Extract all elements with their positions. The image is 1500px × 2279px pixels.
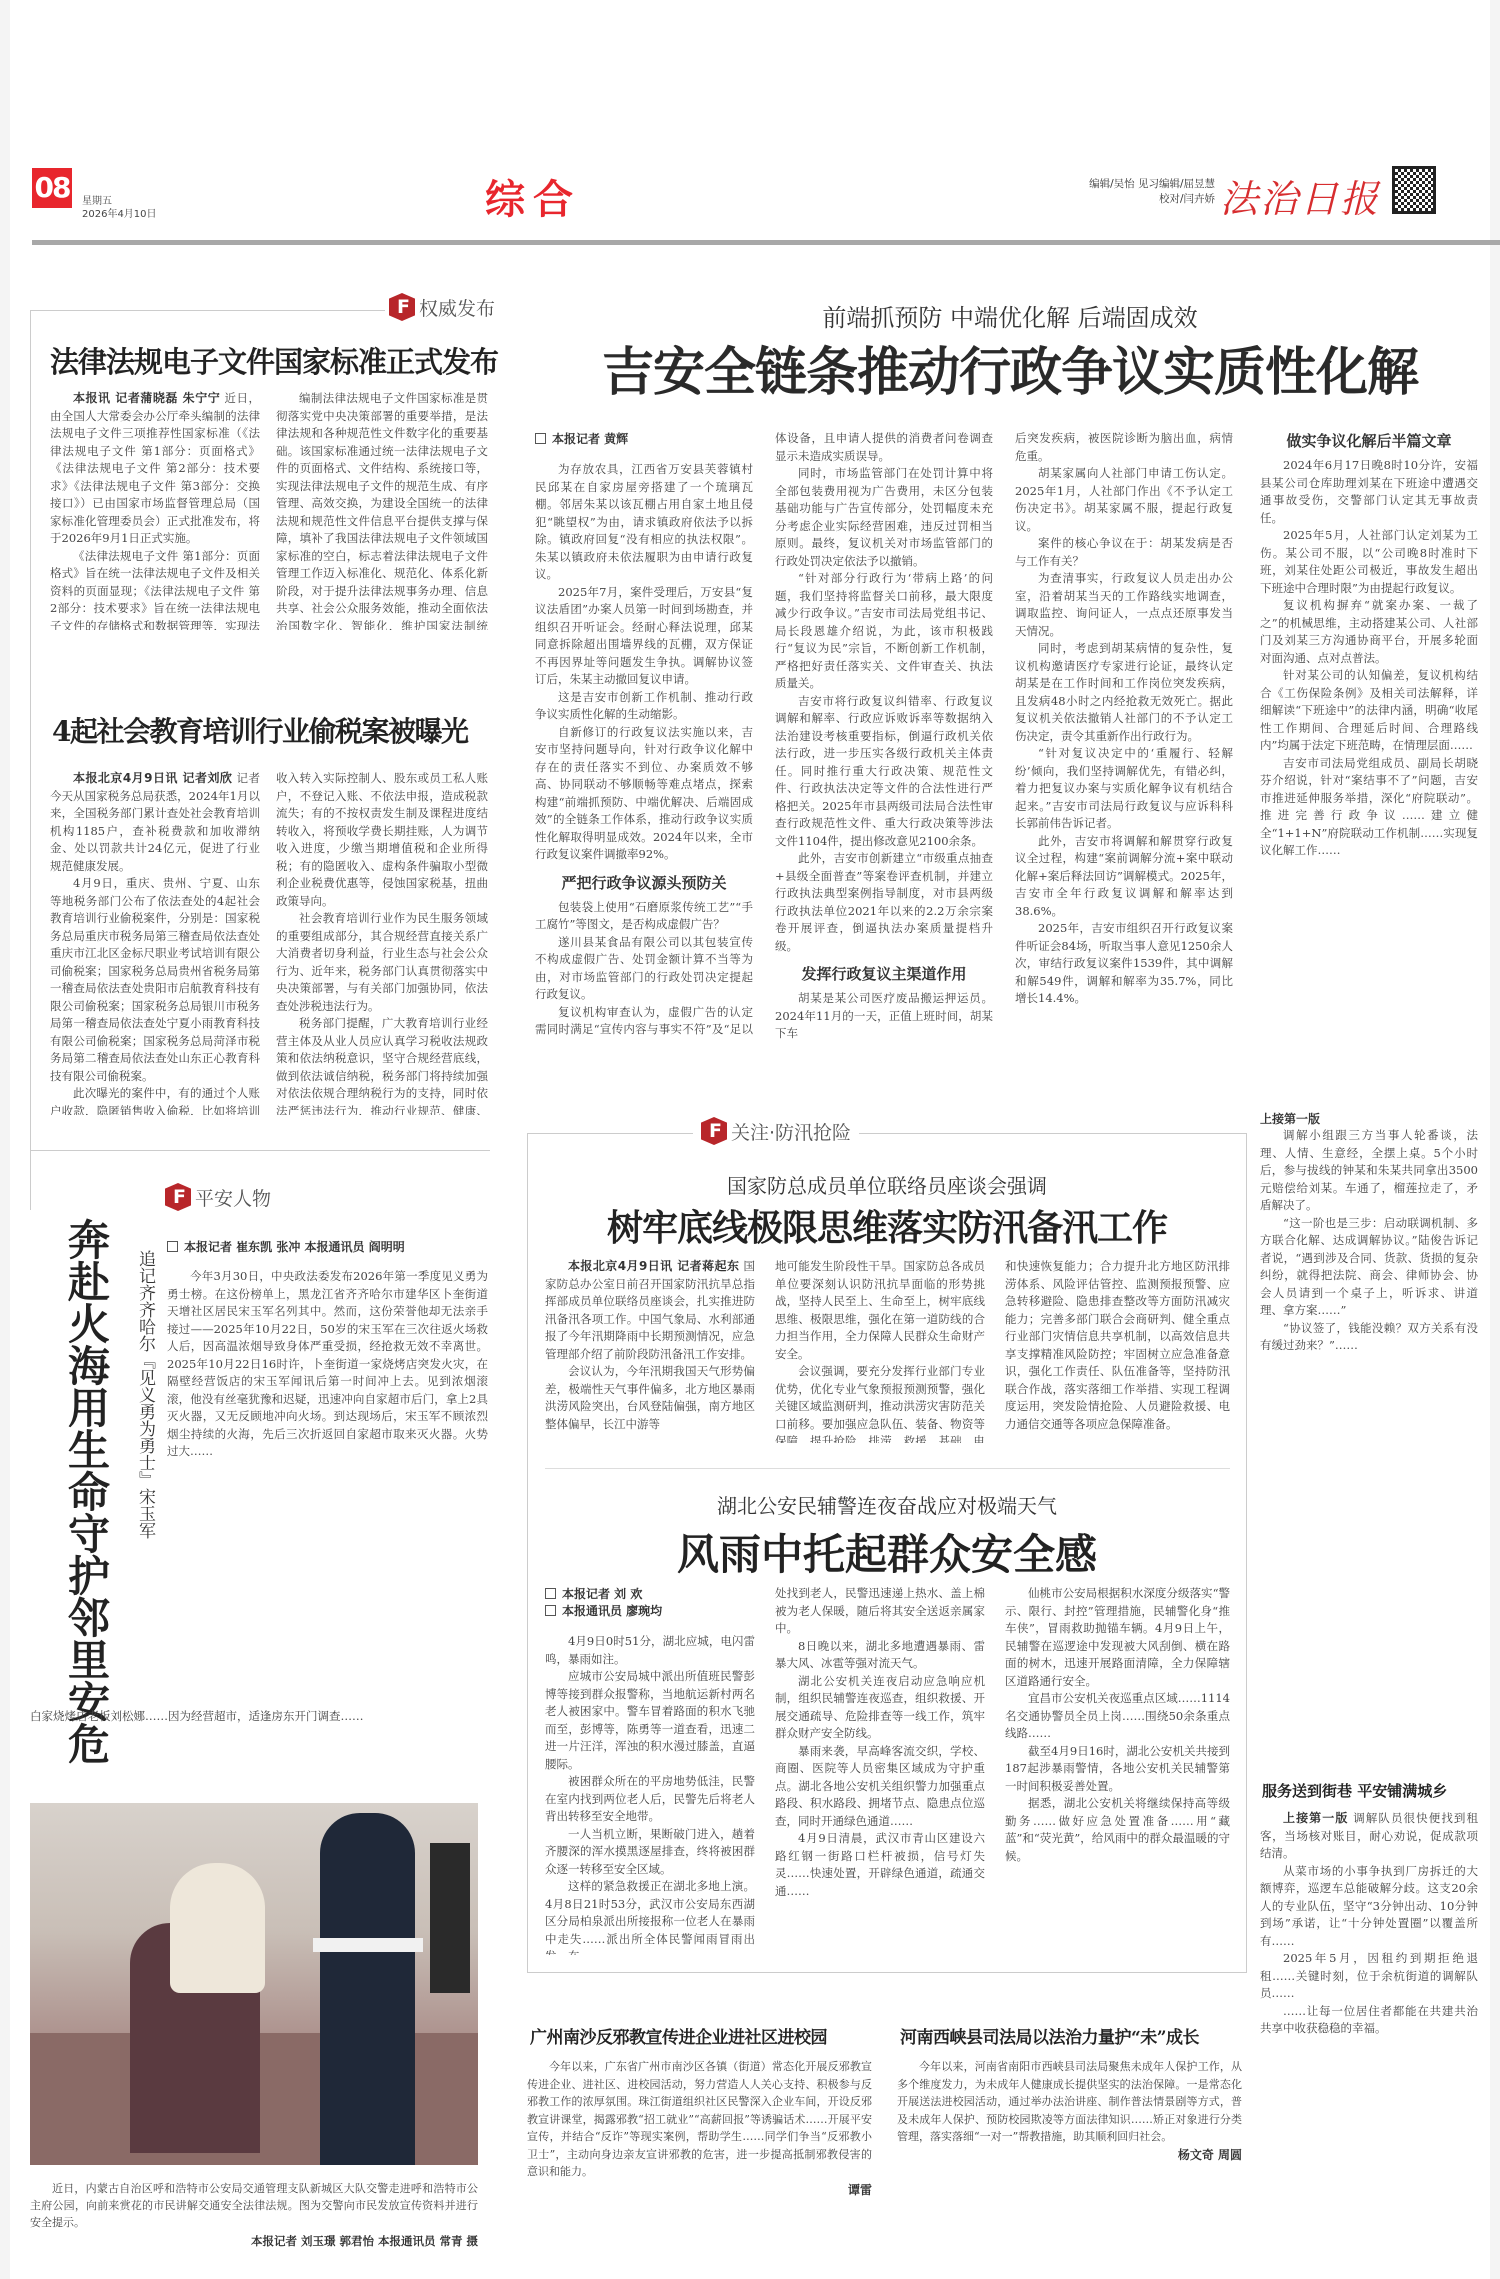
section-kicker-safety-person: 平安人物 bbox=[165, 1183, 271, 1211]
byline-box-icon bbox=[545, 1605, 556, 1616]
header-rule bbox=[32, 240, 1500, 245]
hubei-byline-reporter: 本报记者 刘 欢 bbox=[545, 1585, 755, 1602]
f-logo-icon bbox=[165, 1183, 191, 1211]
section-title: 综合 bbox=[485, 168, 581, 225]
article3-title-vertical: 奔赴火海用生命守护邻里安危 bbox=[62, 1218, 112, 1764]
page-number-badge: 08 bbox=[32, 168, 72, 208]
byline-box-icon bbox=[167, 1241, 178, 1252]
lead-byline: 本报记者 黄辉 bbox=[535, 430, 753, 447]
section-kicker-flood: 关注·防汛抢险 bbox=[693, 1117, 859, 1145]
bottom-right-title: 河南西峡县司法局以法治力量护“未”成长 bbox=[900, 2023, 1245, 2048]
sidebar-continued-label: 上接第一版 bbox=[1260, 1110, 1478, 1127]
sidebar-title-2: 服务送到街巷 平安铺满城乡 bbox=[1262, 1780, 1478, 1801]
bottom-left-title: 广州南沙反邪教宣传进企业进社区进校园 bbox=[530, 2023, 870, 2048]
hubei-title: 风雨中托起群众安全感 bbox=[527, 1522, 1247, 1582]
f-logo-icon bbox=[701, 1117, 727, 1145]
proofreader-credit: 校对/闫卉娇 bbox=[1010, 192, 1215, 207]
article2-title: 4起社会教育培训行业偷税案被曝光 bbox=[52, 710, 467, 750]
article3-byline: 本报记者 崔东凯 张冲 本报通讯员 阎明明 bbox=[167, 1238, 405, 1255]
flood-title: 树牢底线极限思维落实防汛备汛工作 bbox=[527, 1200, 1247, 1251]
editor-credit: 编辑/吴怡 见习编辑/屈昱慧 bbox=[1010, 177, 1215, 192]
photo-credit: 本报记者 刘玉璟 郭君怡 本报通讯员 常青 摄 bbox=[30, 2233, 478, 2249]
photo-caption: 近日，内蒙古自治区呼和浩特市公安局交通管理支队新城区大队交警走进呼和浩特市公主府… bbox=[30, 2180, 478, 2231]
masthead-logo: 法治日报 bbox=[1220, 168, 1380, 223]
bottom-left-author: 谭雷 bbox=[527, 2181, 872, 2198]
news-photo bbox=[30, 1803, 478, 2165]
qr-code bbox=[1392, 166, 1436, 214]
hubei-deck: 湖北公安民辅警连夜奋战应对极端天气 bbox=[527, 1490, 1247, 1519]
article3-subtitle-vertical: 追记齐齐哈尔『见义勇为勇士』宋玉军 bbox=[132, 1250, 156, 1539]
weekday: 星期五 bbox=[82, 195, 157, 208]
lead-subhead-3: 做实争议化解后半篇文章 bbox=[1260, 430, 1478, 451]
article1-title: 法律法规电子文件国家标准正式发布 bbox=[50, 340, 490, 381]
sidebar-continued-label-2: 上接第一版 bbox=[1283, 1811, 1348, 1825]
newspaper-page: 08 星期五 2026年4月10日 综合 编辑/吴怡 见习编辑/屈昱慧 校对/闫… bbox=[10, 0, 1490, 2279]
issue-date: 2026年4月10日 bbox=[82, 208, 157, 221]
flood-byline: 本报北京4月9日讯 记者蒋起东 bbox=[568, 1259, 739, 1273]
f-logo-icon bbox=[389, 293, 415, 321]
article1-byline: 本报讯 记者蒲晓磊 朱宁宁 bbox=[73, 391, 220, 405]
byline-box-icon bbox=[545, 1588, 556, 1599]
byline-box-icon bbox=[535, 433, 546, 444]
article-divider bbox=[30, 1150, 490, 1151]
section-kicker-authority: 权威发布 bbox=[385, 293, 499, 321]
article2-byline: 本报北京4月9日讯 记者刘欣 bbox=[73, 771, 232, 785]
lead-deck: 前端抓预防 中端优化解 后端固成效 bbox=[510, 298, 1500, 333]
flood-deck: 国家防总成员单位联络员座谈会强调 bbox=[527, 1170, 1247, 1199]
flood-divider bbox=[545, 1468, 1230, 1469]
lead-title: 吉安全链条推动行政争议实质性化解 bbox=[510, 330, 1500, 405]
hubei-byline-correspondent: 本报通讯员 廖琬均 bbox=[545, 1602, 755, 1619]
bottom-right-author: 杨文奇 周圆 bbox=[897, 2146, 1242, 2163]
lead-subhead-1: 严把行政争议源头预防关 bbox=[535, 872, 753, 893]
page-number: 08 bbox=[35, 171, 70, 204]
lead-subhead-2: 发挥行政复议主渠道作用 bbox=[775, 963, 993, 984]
